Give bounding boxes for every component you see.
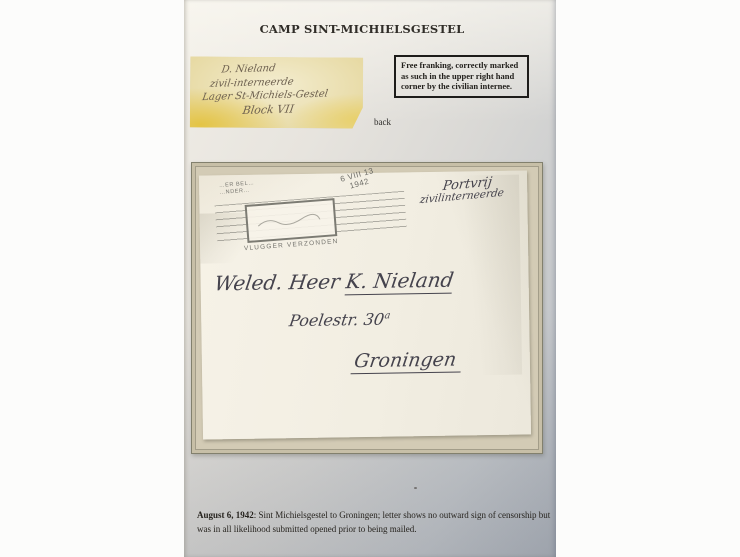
postmark-slogan-top: …ER BEL… …NDER… bbox=[219, 180, 255, 197]
exhibit-caption: August 6, 1942: Sint Michielsgestel to G… bbox=[197, 509, 555, 536]
free-franking-note-text: Free franking, correctly marked as such … bbox=[401, 60, 518, 91]
machine-postmark: …ER BEL… …NDER… 6 VIII 13 1942 VLUGGER V… bbox=[213, 170, 414, 259]
caption-line2: was in all likelihood submitted opened p… bbox=[197, 524, 416, 534]
cancel-box-mark bbox=[247, 201, 331, 237]
mount-sleeve: …ER BEL… …NDER… 6 VIII 13 1942 VLUGGER V… bbox=[195, 166, 539, 450]
envelope-front: …ER BEL… …NDER… 6 VIII 13 1942 VLUGGER V… bbox=[199, 170, 531, 439]
address-block: Weled. Heer K. Nieland Poelestr. 30a Gro… bbox=[214, 267, 464, 376]
page-title: CAMP SINT-MICHIELSGESTEL bbox=[184, 22, 540, 36]
paper-speck bbox=[414, 487, 417, 489]
city-line: Groningen bbox=[351, 348, 464, 374]
clipping-handwriting: D. Nieland zivil-interneerde Lager St-Mi… bbox=[189, 60, 363, 119]
envelope-mount: …ER BEL… …NDER… 6 VIII 13 1942 VLUGGER V… bbox=[191, 162, 543, 454]
caption-date: August 6, 1942 bbox=[197, 510, 254, 520]
caption-line1: : Sint Michielsgestel to Groningen; lett… bbox=[254, 510, 550, 520]
album-page: CAMP SINT-MICHIELSGESTEL D. Nieland zivi… bbox=[184, 0, 556, 557]
cancel-box bbox=[245, 198, 338, 243]
clipping-block-line: Block VII bbox=[242, 100, 365, 117]
free-franking-note-box: Free franking, correctly marked as such … bbox=[394, 55, 529, 98]
postmark-datestamp: 6 VIII 13 1942 bbox=[339, 166, 377, 192]
back-label: back bbox=[374, 117, 391, 127]
addressee-line: Weled. Heer K. Nieland bbox=[213, 267, 464, 295]
envelope-back-clipping: D. Nieland zivil-interneerde Lager St-Mi… bbox=[190, 56, 363, 128]
addressee-name: K. Nieland bbox=[344, 268, 455, 296]
photo-of-exhibit-page: CAMP SINT-MICHIELSGESTEL D. Nieland zivi… bbox=[0, 0, 740, 557]
